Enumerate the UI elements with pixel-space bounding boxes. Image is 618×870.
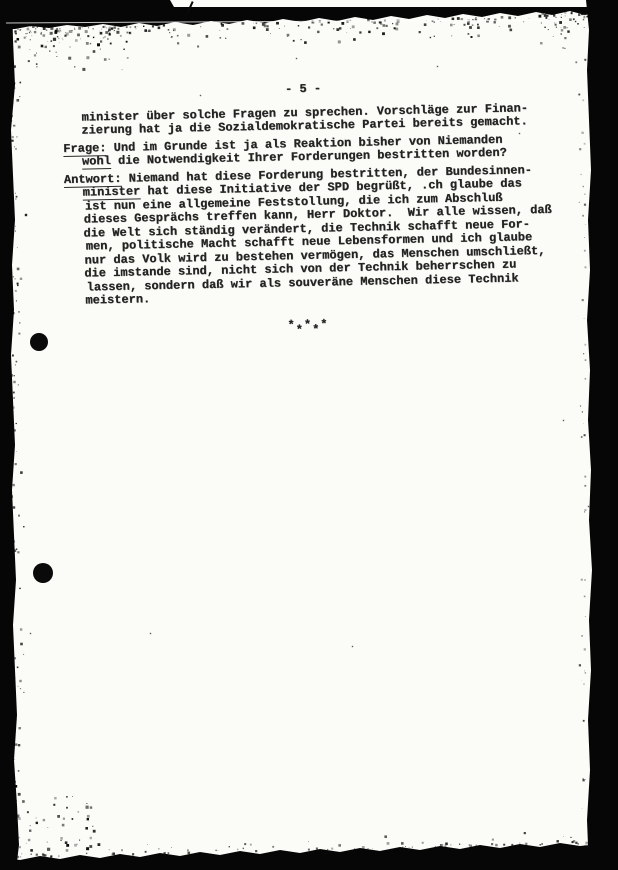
- scan-noise-speckles: [0, 0, 1, 1]
- scan-noise-speckles: [0, 0, 1, 1]
- punch-hole-top: [30, 333, 48, 351]
- page-number: - 5 -: [62, 78, 544, 102]
- asterisk: *: [320, 317, 328, 331]
- punch-hole-bottom: [33, 563, 53, 583]
- scan-noise-speckles: [0, 0, 1, 1]
- scan-noise-speckles: [0, 0, 1, 1]
- asterisk: *: [287, 318, 295, 332]
- question-cont-underlined: wohl: [82, 154, 111, 170]
- typewritten-text: - 5 - minister über solche Fragen zu spr…: [62, 78, 549, 338]
- scan-noise-speckles: [0, 0, 1, 1]
- scan-noise-speckles: [0, 0, 1, 1]
- scan-noise: [0, 0, 1, 1]
- scan-noise-speckles: [0, 0, 1, 1]
- scan-noise-speckles: [0, 0, 1, 1]
- asterisk: *: [304, 317, 312, 331]
- scan-border-right: [570, 0, 618, 870]
- scan-scratch-line: [6, 20, 558, 24]
- scan-noise-speckles: [0, 0, 1, 1]
- asterisk: *: [296, 322, 304, 336]
- scan-border-left: [0, 0, 30, 870]
- scan-noise-speckles: [0, 0, 1, 1]
- section-separator-stars: *****: [67, 314, 549, 338]
- scan-noise-speckles: [0, 0, 1, 1]
- scanned-document-page: - 5 - minister über solche Fragen zu spr…: [0, 0, 618, 870]
- scan-noise-speckles: [0, 0, 1, 1]
- scan-noise-speckles: [0, 0, 1, 1]
- scan-border-bottom: [0, 835, 618, 870]
- scan-noise-speckles: [0, 0, 1, 1]
- answer-paragraph: Antwort: Niemand hat diese Forderung bes…: [64, 163, 549, 308]
- scan-noise-speckles: [0, 0, 1, 1]
- scan-noise-speckles: [0, 0, 1, 1]
- pen-mark: [186, 1, 193, 14]
- scan-noise-speckles: [0, 0, 1, 1]
